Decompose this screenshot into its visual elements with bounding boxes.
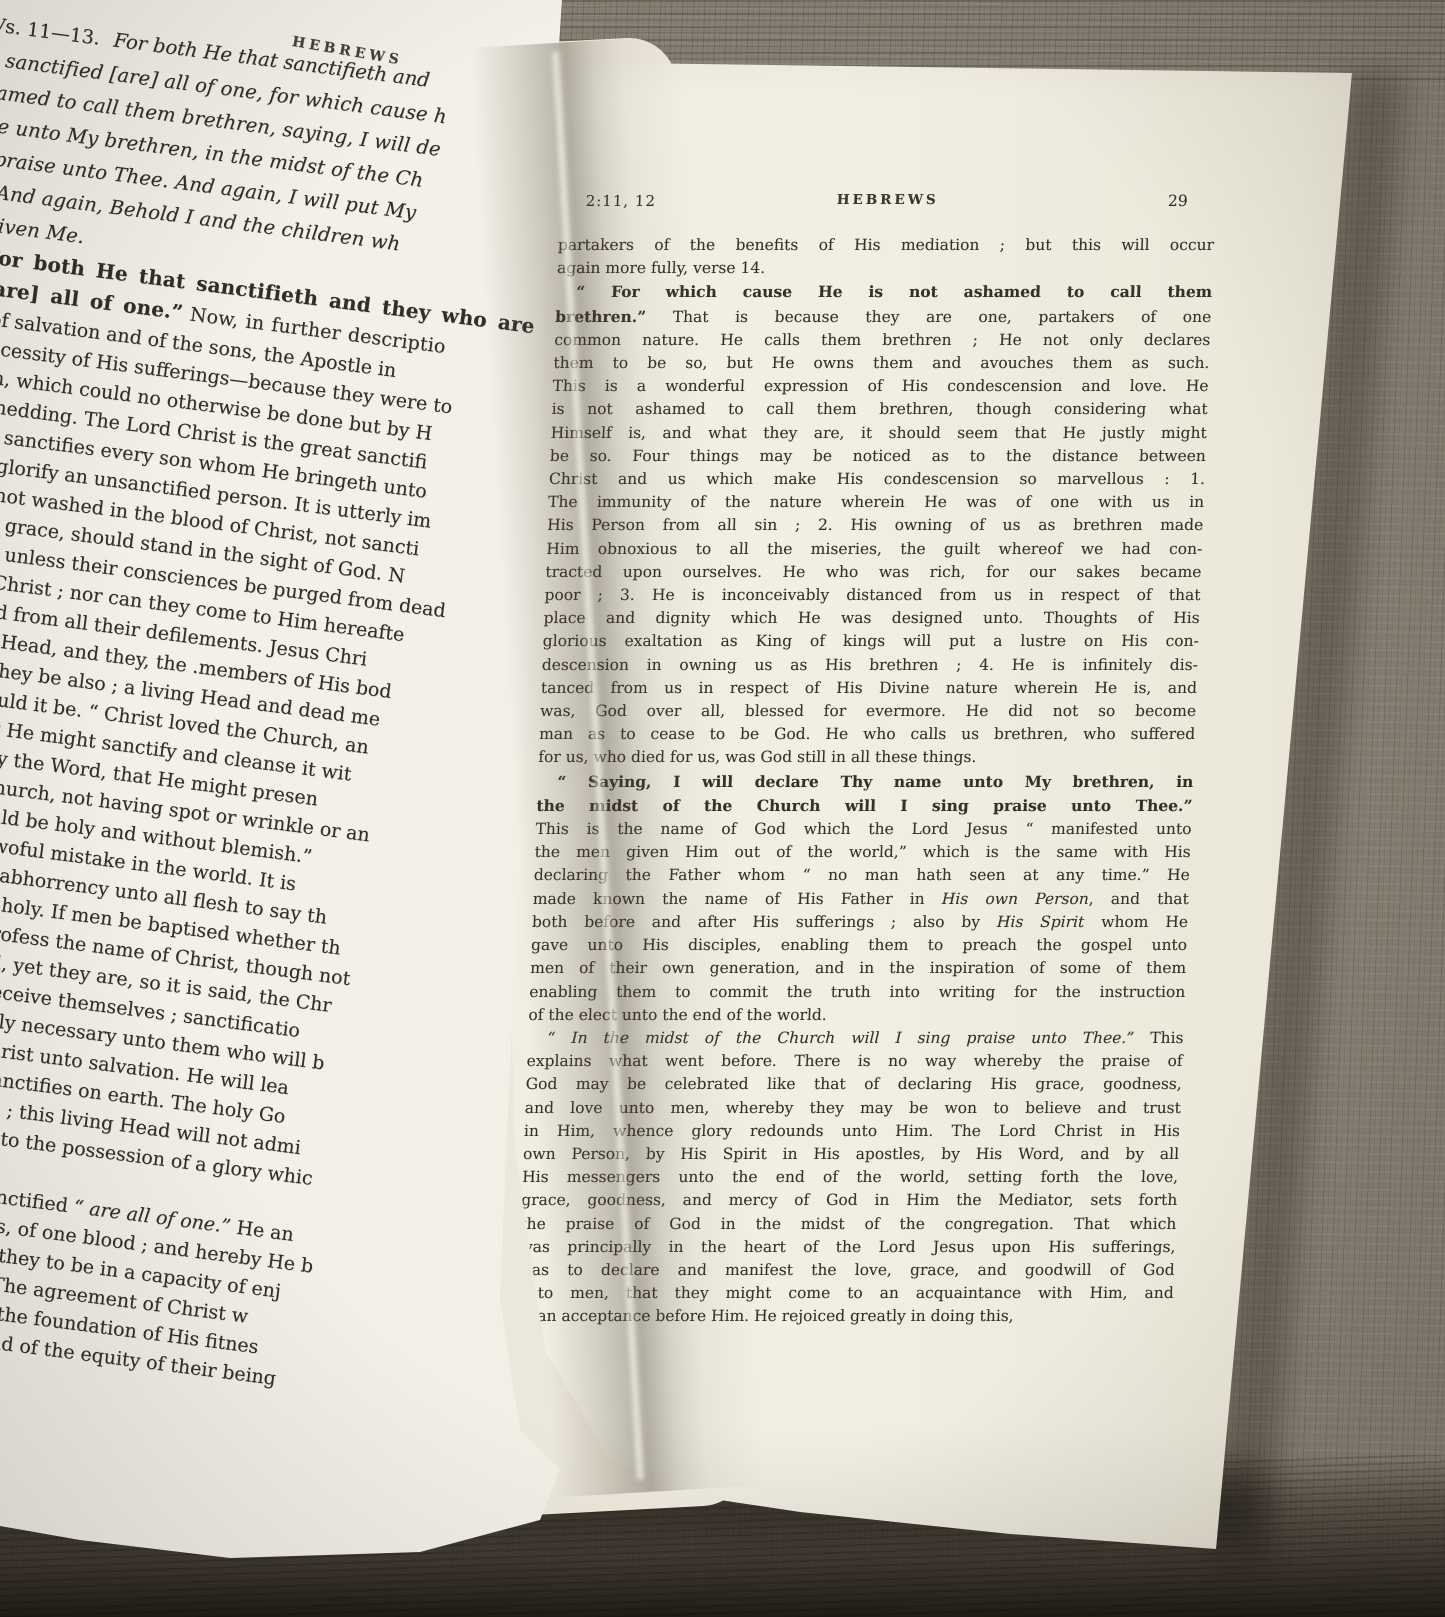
right-page-line: common nature. He calls them brethren ; … (554, 329, 1211, 352)
right-page-line: of the elect unto the end of the world. (528, 1004, 1185, 1027)
line-segment: explains what went before. There is no w… (526, 1052, 1183, 1070)
right-page-line: Him obnoxious to all the miseries, the g… (546, 538, 1203, 561)
right-page-line: the praise of God in the midst of the co… (520, 1213, 1177, 1236)
right-page-line: “ Saying, I will declare Thy name unto M… (537, 770, 1194, 794)
right-page-line: man as to cease to be God. He who calls … (539, 723, 1196, 746)
line-segment: was principally in the heart of the Lord… (519, 1238, 1176, 1256)
line-segment: whom He (1084, 913, 1188, 931)
book-photo: 2:11, 12 HEBREWS 29 partakers of the ben… (0, 0, 1445, 1617)
right-page-line: for us, who died for us, was God still i… (538, 746, 1195, 769)
right-page-line: brethren.” That is because they are one,… (555, 305, 1212, 329)
right-page-line: place and dignity which He was designed … (543, 607, 1200, 630)
right-page-line: This is a wonderful expression of His co… (552, 375, 1209, 398)
line-segment: “ Saying, I will declare Thy name unto M… (557, 772, 1194, 791)
line-post: He an (229, 1216, 295, 1246)
right-page-line: is not ashamed to call them brethren, th… (551, 398, 1208, 421)
right-page-line: glorious exaltation as King of kings wil… (542, 630, 1199, 653)
right-page-line: was principally in the heart of the Lord… (519, 1236, 1176, 1259)
right-page-line: enabling them to commit the truth into w… (529, 981, 1186, 1004)
line-segment: Himself is, and what they are, it should… (550, 424, 1207, 442)
line-segment: God may be celebrated like that of decla… (525, 1075, 1182, 1093)
right-page-line: His Person from all sin ; 2. His owning … (547, 514, 1204, 537)
verse-reference: 2:11, 12 (585, 192, 656, 210)
right-page-line: tanced from us in respect of His Divine … (540, 677, 1197, 700)
line-segment: glorious exaltation as King of kings wil… (542, 632, 1199, 650)
line-segment: was, God over all, blessed for evermore.… (540, 702, 1197, 720)
right-page-line: the men given Him out of the world,” whi… (534, 841, 1191, 864)
right-page-line: and love unto men, whereby they may be w… (524, 1097, 1181, 1120)
right-page-line: poor ; 3. He is inconceivably distanced … (544, 584, 1201, 607)
right-page-line: to an acceptance before Him. He rejoiced… (516, 1305, 1173, 1328)
line-segment: tanced from us in respect of His Divine … (541, 679, 1198, 697)
right-page-line: tracted upon ourselves. He who was rich,… (545, 561, 1202, 584)
line-segment: be so. Four things may be noticed as to … (550, 447, 1207, 465)
line-segment: His Spirit (997, 913, 1085, 931)
line-segment: descension in owning us as His brethren … (541, 656, 1198, 674)
line-segment: Him obnoxious to all the miseries, the g… (546, 540, 1203, 558)
line-segment: The immunity of the nature wherein He wa… (548, 493, 1205, 511)
right-page-line: “ For which cause He is not ashamed to c… (556, 280, 1213, 304)
right-page-line: declaring the Father whom “ no man hath … (533, 864, 1190, 887)
right-page-line: was, God over all, blessed for evermore.… (540, 700, 1197, 723)
line-segment: This is the name of God which the Lord J… (535, 820, 1192, 838)
line-segment: That is because they are one, partakers … (646, 308, 1212, 326)
right-page-line: men of their own generation, and in the … (530, 957, 1187, 980)
line-segment: gave unto His disciples, enabling them t… (531, 936, 1188, 954)
right-page-line: partakers of the benefits of His mediati… (557, 234, 1214, 257)
line-segment: place and dignity which He was designed … (543, 609, 1200, 627)
right-page-line: the midst of the Church will I sing prai… (536, 794, 1193, 818)
right-page-line: explains what went before. There is no w… (526, 1050, 1183, 1073)
right-page-line: Christ and us which make His condescensi… (549, 468, 1206, 491)
line-segment: the midst of the Church will I sing prai… (536, 796, 1193, 815)
right-page-line: The immunity of the nature wherein He wa… (548, 491, 1205, 514)
right-page-line: Himself is, and what they are, it should… (550, 422, 1207, 445)
line-segment: This is a wonderful expression of His co… (552, 377, 1209, 395)
line-segment: made known the name of His Father in (533, 890, 943, 908)
line-segment: , and that (1088, 890, 1189, 908)
right-page-line: gave unto His disciples, enabling them t… (531, 934, 1188, 957)
line-segment: of the elect unto the end of the world. (528, 1006, 827, 1024)
right-page-line: both before and after His sufferings ; a… (531, 911, 1188, 934)
line-segment: man as to cease to be God. He who calls … (539, 725, 1196, 743)
line-segment: His own Person (941, 890, 1089, 908)
right-page-line: again more fully, verse 14. (557, 257, 1214, 280)
right-page-line: was to declare and manifest the love, gr… (518, 1259, 1175, 1282)
line-segment: His Person from all sin ; 2. His owning … (547, 516, 1204, 534)
line-segment: This (1134, 1029, 1184, 1047)
right-page-header: 2:11, 12 HEBREWS 29 (559, 192, 1216, 212)
line-segment: men of their own generation, and in the … (530, 959, 1187, 977)
line-segment: Christ and us which make His condescensi… (549, 470, 1206, 488)
running-head: HEBREWS (559, 192, 1216, 208)
line-segment: common nature. He calls them brethren ; … (554, 331, 1211, 349)
page-number: 29 (1168, 192, 1188, 210)
line-segment: partakers of the benefits of His mediati… (558, 236, 1215, 254)
line-segment: is not ashamed to call them brethren, th… (551, 400, 1208, 418)
right-page-line: unto men, that they might come to an acq… (517, 1282, 1174, 1305)
line-segment: poor ; 3. He is inconceivably distanced … (544, 586, 1201, 604)
line-segment: tracted upon ourselves. He who was rich,… (545, 563, 1202, 581)
line-segment: them to be so, but He owns them and avou… (553, 354, 1210, 372)
line-segment: for us, who died for us, was God still i… (538, 748, 977, 766)
line-segment: declaring the Father whom “ no man hath … (533, 866, 1190, 884)
right-page-line: them to be so, but He owns them and avou… (553, 352, 1210, 375)
line-segment: again more fully, verse 14. (557, 259, 766, 277)
line-segment: the men given Him out of the world,” whi… (534, 843, 1191, 861)
line-segment: and love unto men, whereby they may be w… (524, 1099, 1181, 1117)
right-page-line: This is the name of God which the Lord J… (535, 818, 1192, 841)
right-page-line: made known the name of His Father in His… (532, 888, 1189, 911)
right-page-line: be so. Four things may be noticed as to … (549, 445, 1206, 468)
line-segment: “ In the midst of the Church will I sing… (547, 1029, 1134, 1047)
right-page-line: descension in owning us as His brethren … (541, 654, 1198, 677)
line-segment: unto men, that they might come to an acq… (517, 1284, 1174, 1302)
line-segment: was to declare and manifest the love, gr… (518, 1261, 1175, 1279)
line-segment: “ For which cause He is not ashamed to c… (576, 282, 1213, 301)
line-segment: to an acceptance before Him. He rejoiced… (516, 1307, 1014, 1325)
right-page-line: “ In the midst of the Church will I sing… (527, 1027, 1184, 1050)
line-segment: the praise of God in the midst of the co… (520, 1215, 1177, 1233)
line-segment: enabling them to commit the truth into w… (529, 983, 1186, 1001)
right-page-line: God may be celebrated like that of decla… (525, 1073, 1182, 1096)
line-segment: both before and after His sufferings ; a… (532, 913, 998, 931)
